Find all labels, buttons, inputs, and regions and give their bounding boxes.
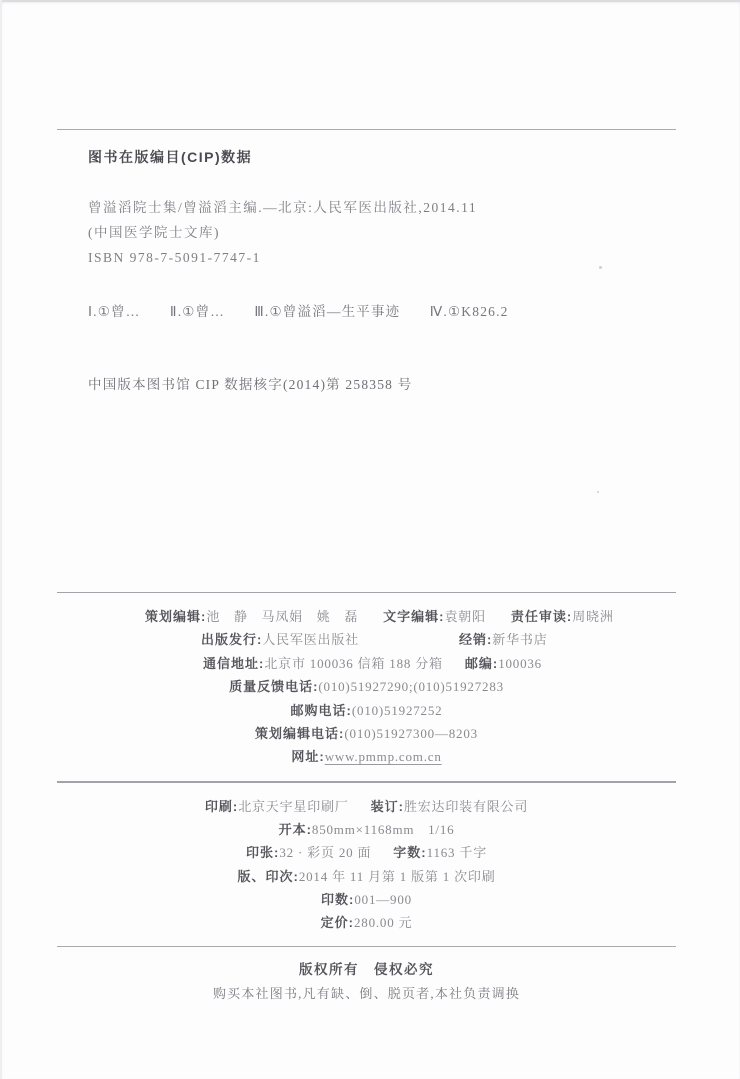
printing-row-printer: 印刷:北京天宇星印刷厂 装订:胜宏达印装有限公司: [57, 795, 676, 818]
publishing-row-publisher: 出版发行:人民军医出版社 经销:新华书店: [57, 628, 676, 651]
cip-classification: Ⅰ.①曾… Ⅱ.①曾… Ⅲ.①曾溢滔—生平事迹 Ⅳ.①K826.2: [88, 300, 509, 320]
divider-printing: [57, 781, 676, 783]
exchange-policy: 购买本社图书,凡有缺、倒、脱页者,本社负责调换: [213, 982, 520, 1006]
field-value: 32 · 彩页 20 面: [279, 845, 371, 860]
publishing-row-feedback-phone: 质量反馈电话:(010)51927290;(010)51927283: [57, 675, 676, 698]
field-label: 印刷:: [205, 799, 238, 814]
scan-edge-left: [0, 0, 2, 1079]
field-label: 邮编:: [465, 656, 498, 671]
copyright-block: 版权所有 侵权必究 购买本社图书,凡有缺、倒、脱页者,本社负责调换: [57, 958, 676, 1005]
field-label: 邮购电话:: [291, 703, 352, 718]
field-value: 100036: [498, 656, 542, 671]
copyright-notice: 版权所有 侵权必究: [299, 958, 434, 982]
cip-entry-series: (中国医学院士文库): [88, 220, 477, 245]
scan-speck: [599, 266, 602, 269]
field-label: 字数:: [393, 845, 426, 860]
field-label: 网址:: [291, 749, 324, 764]
field-label: 策划编辑:: [145, 609, 206, 624]
field-value: (010)51927290;(010)51927283: [318, 679, 504, 694]
printing-row-price: 定价:280.00 元: [57, 911, 676, 934]
field-value: 周晓洲: [572, 609, 613, 624]
field-value: (010)51927300—8203: [344, 726, 478, 741]
cip-record: 曾溢滔院士集/曾溢滔主编.—北京:人民军医出版社,2014.11 (中国医学院士…: [88, 195, 477, 270]
printing-row-sheets: 印张:32 · 彩页 20 面 字数:1163 千字: [57, 841, 676, 864]
field-label: 经销:: [459, 632, 492, 647]
scan-speck: [597, 491, 599, 493]
publishing-row-address: 通信地址:北京市 100036 信箱 188 分箱 邮编:100036: [57, 652, 676, 675]
field-value: 北京市 100036 信箱 188 分箱: [264, 656, 443, 671]
field-label: 装订:: [371, 799, 404, 814]
cip-heading: 图书在版编目(CIP)数据: [88, 147, 252, 167]
publishing-info-block: 策划编辑:池 静 马凤娟 姚 磊 文字编辑:袁朝阳 责任审读:周晓洲 出版发行:…: [57, 605, 676, 769]
divider-top: [57, 129, 676, 130]
cip-record-number: 中国版本图书馆 CIP 数据核字(2014)第 258358 号: [88, 373, 412, 393]
printing-row-format: 开本:850mm×1168mm 1/16: [57, 818, 676, 841]
publishing-row-editor-phone: 策划编辑电话:(010)51927300—8203: [57, 722, 676, 745]
field-label: 定价:: [321, 915, 354, 930]
field-value: 1163 千字: [427, 845, 487, 860]
field-label: 出版发行:: [201, 632, 262, 647]
field-value: (010)51927252: [352, 703, 443, 718]
field-value: 人民军医出版社: [262, 632, 359, 647]
cip-entry-isbn: ISBN 978-7-5091-7747-1: [88, 245, 477, 270]
printing-row-edition: 版、印次:2014 年 11 月第 1 版第 1 次印刷: [57, 865, 676, 888]
field-label: 质量反馈电话:: [229, 679, 318, 694]
field-value: 新华书店: [492, 632, 547, 647]
field-value: 2014 年 11 月第 1 版第 1 次印刷: [299, 869, 496, 884]
field-value: 胜宏达印装有限公司: [404, 799, 528, 814]
divider-publishing: [57, 592, 676, 593]
field-label: 印数:: [321, 892, 354, 907]
field-label: 版、印次:: [237, 869, 298, 884]
divider-copyright: [57, 946, 676, 947]
field-label: 责任审读:: [511, 609, 572, 624]
publishing-row-editors: 策划编辑:池 静 马凤娟 姚 磊 文字编辑:袁朝阳 责任审读:周晓洲: [57, 605, 676, 628]
printing-row-print-run: 印数:001—900: [57, 888, 676, 911]
copyright-page: 图书在版编目(CIP)数据 曾溢滔院士集/曾溢滔主编.—北京:人民军医出版社,2…: [0, 0, 740, 1079]
printing-info-block: 印刷:北京天宇星印刷厂 装订:胜宏达印装有限公司 开本:850mm×1168mm…: [57, 795, 676, 934]
scan-edge-top: [0, 0, 740, 2]
publishing-row-mailorder-phone: 邮购电话:(010)51927252: [57, 699, 676, 722]
publishing-row-website: 网址:www.pmmp.com.cn: [57, 745, 676, 768]
field-label: 印张:: [246, 845, 279, 860]
field-value: 池 静 马凤娟 姚 磊: [206, 609, 358, 624]
website-url: www.pmmp.com.cn: [325, 749, 442, 764]
cip-entry-title: 曾溢滔院士集/曾溢滔主编.—北京:人民军医出版社,2014.11: [88, 195, 477, 220]
field-value: 北京天宇星印刷厂: [238, 799, 348, 814]
field-value: 280.00 元: [354, 915, 412, 930]
field-label: 通信地址:: [203, 656, 264, 671]
field-value: 001—900: [354, 892, 412, 907]
field-value: 袁朝阳: [445, 609, 486, 624]
field-label: 开本:: [279, 822, 312, 837]
field-label: 文字编辑:: [383, 609, 444, 624]
field-label: 策划编辑电话:: [255, 726, 344, 741]
field-value: 850mm×1168mm 1/16: [312, 822, 455, 837]
